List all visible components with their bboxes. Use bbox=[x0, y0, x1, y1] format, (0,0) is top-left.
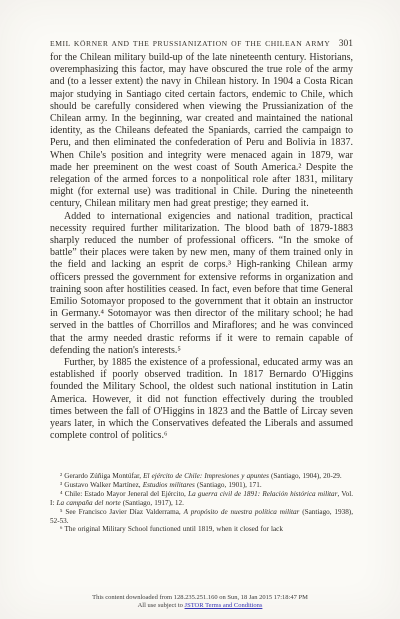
footnote-text: (Santiago, 1917), 12. bbox=[121, 499, 184, 507]
running-head: EMIL KÖRNER AND THE PRUSSIANIZATION OF T… bbox=[50, 39, 353, 49]
footnote: ³ Gustavo Walker Martínez, Estudios mili… bbox=[50, 481, 353, 490]
terms-prefix: All use subject to bbox=[138, 602, 185, 609]
footnotes: ² Gerardo Zúñiga Montúfar, El ejército d… bbox=[50, 472, 353, 534]
paragraph: for the Chilean military build-up of the… bbox=[50, 52, 353, 211]
terms-line: All use subject to JSTOR Terms and Condi… bbox=[0, 602, 400, 610]
footnote-text: (Santiago, 1901), 171. bbox=[195, 481, 262, 489]
download-stamp: This content downloaded from 128.235.251… bbox=[0, 594, 400, 602]
footnote-text: ² Gerardo Zúñiga Montúfar, bbox=[60, 472, 143, 480]
footnote-title-italic: El ejército de Chile: Impresiones y apun… bbox=[143, 472, 269, 480]
footnote: ⁶ The original Military School functione… bbox=[50, 525, 353, 534]
footnote-text: (Santiago, 1904), 20-29. bbox=[269, 472, 342, 480]
paragraph: Further, by 1885 the existence of a prof… bbox=[50, 357, 353, 442]
body-text: for the Chilean military build-up of the… bbox=[50, 52, 353, 443]
scanned-paper-page: EMIL KÖRNER AND THE PRUSSIANIZATION OF T… bbox=[0, 0, 400, 619]
footnote: ⁵ See Francisco Javier Díaz Valderrama, … bbox=[50, 508, 353, 526]
jstor-terms-link[interactable]: JSTOR Terms and Conditions bbox=[185, 602, 263, 609]
footnote-text: ³ Gustavo Walker Martínez, bbox=[60, 481, 143, 489]
jstor-footer: This content downloaded from 128.235.251… bbox=[0, 594, 400, 610]
footnote-title-italic: A propósito de nuestra política militar bbox=[184, 508, 300, 516]
footnote-title-italic: La campaña del norte bbox=[57, 499, 121, 507]
running-head-title: EMIL KÖRNER AND THE PRUSSIANIZATION OF T… bbox=[50, 39, 330, 48]
footnote-title-italic: Estudios militares bbox=[143, 481, 195, 489]
footnote-text: ⁶ The original Military School functione… bbox=[60, 525, 283, 533]
page-number: 301 bbox=[339, 39, 353, 49]
footnote: ² Gerardo Zúñiga Montúfar, El ejército d… bbox=[50, 472, 353, 481]
footnote-text: ⁴ Chile: Estado Mayor Jeneral del Ejérci… bbox=[60, 490, 188, 498]
paragraph: Added to international exigencies and na… bbox=[50, 211, 353, 357]
footnote: ⁴ Chile: Estado Mayor Jeneral del Ejérci… bbox=[50, 490, 353, 508]
footnote-title-italic: La guerra civil de 1891: Relación histór… bbox=[188, 490, 337, 498]
footnote-text: ⁵ See Francisco Javier Díaz Valderrama, bbox=[60, 508, 184, 516]
